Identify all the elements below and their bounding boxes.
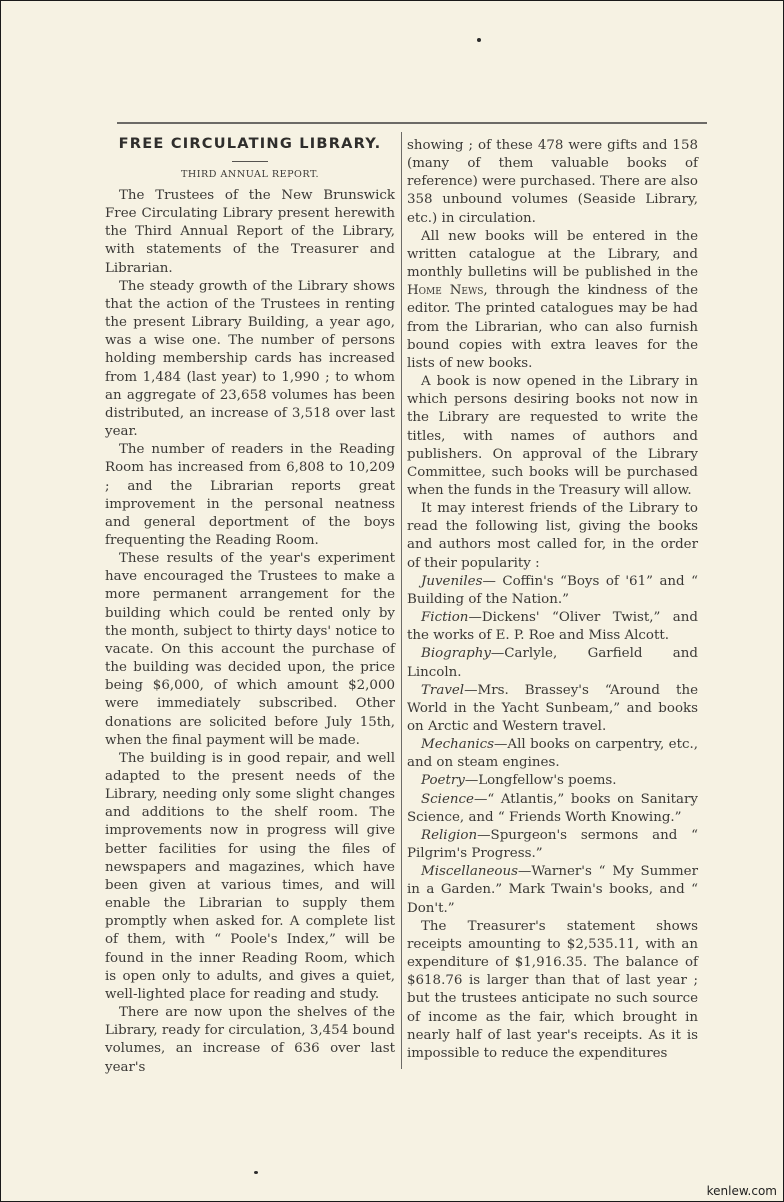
article-title: FREE CIRCULATING LIBRARY. xyxy=(105,134,395,154)
catalogue-text-a: All new books will be entered in the wri… xyxy=(407,229,698,280)
title-underline xyxy=(232,161,268,162)
left-column: FREE CIRCULATING LIBRARY. THIRD ANNUAL R… xyxy=(105,132,395,1077)
list-item-poetry: Poetry—Longfellow's poems. xyxy=(407,772,698,790)
header-rule xyxy=(117,122,707,124)
list-item-science: Science—“ Atlantis,” books on Sanitary S… xyxy=(407,791,698,827)
list-item-juveniles: Juveniles— Coffin's “Boys of '61” and “ … xyxy=(407,573,698,609)
watermark: kenlew.com xyxy=(705,1184,779,1198)
home-news-name: Home News xyxy=(407,283,483,298)
paragraph-list-intro: It may interest friends of the Library t… xyxy=(407,500,698,573)
paragraph-reading-room: The number of readers in the Reading Roo… xyxy=(105,441,395,550)
list-item-biography: Biography—Carlyle, Garfield and Lincoln. xyxy=(407,645,698,681)
paragraph-catalogue: All new books will be entered in the wri… xyxy=(407,228,698,373)
ink-speck-bottom xyxy=(254,1171,258,1174)
category-label: Miscellaneous xyxy=(421,864,518,879)
category-label: Science xyxy=(421,792,474,807)
paragraph-growth: The steady growth of the Library shows t… xyxy=(105,278,395,441)
paragraph-intro: The Trustees of the New Brunswick Free C… xyxy=(105,187,395,278)
paragraph-building-repair: The building is in good repair, and well… xyxy=(105,750,395,1004)
category-label: Fiction xyxy=(421,610,468,625)
list-item-miscellaneous: Miscellaneous—Warner's “ My Summer in a … xyxy=(407,863,698,917)
category-text: —Longfellow's poems. xyxy=(465,773,617,788)
ink-speck-top xyxy=(477,38,481,42)
list-item-travel: Travel—Mrs. Brassey's “Around the World … xyxy=(407,682,698,736)
paragraph-shelves: There are now upon the shelves of the Li… xyxy=(105,1004,395,1077)
category-label: Biography xyxy=(421,646,491,661)
list-item-fiction: Fiction—Dickens' “Oliver Twist,” and the… xyxy=(407,609,698,645)
right-column: showing ; of these 478 were gifts and 15… xyxy=(407,137,698,1063)
paragraph-purchase: These results of the year's experiment h… xyxy=(105,550,395,750)
category-label: Religion xyxy=(421,828,477,843)
scanned-page: FREE CIRCULATING LIBRARY. THIRD ANNUAL R… xyxy=(0,0,784,1202)
list-item-religion: Religion—Spurgeon's sermons and “ Pilgri… xyxy=(407,827,698,863)
paragraph-treasurer: The Treasurer's statement shows receipts… xyxy=(407,918,698,1063)
category-label: Poetry xyxy=(421,773,465,788)
list-item-mechanics: Mechanics—All books on carpentry, etc., … xyxy=(407,736,698,772)
paragraph-request-book: A book is now opened in the Library in w… xyxy=(407,373,698,500)
category-label: Mechanics xyxy=(421,737,494,752)
article-subtitle: THIRD ANNUAL REPORT. xyxy=(105,168,395,182)
paragraph-shelves-continued: showing ; of these 478 were gifts and 15… xyxy=(407,137,698,228)
category-label: Travel xyxy=(421,683,464,698)
category-label: Juveniles xyxy=(421,574,482,589)
column-divider xyxy=(401,132,402,1069)
